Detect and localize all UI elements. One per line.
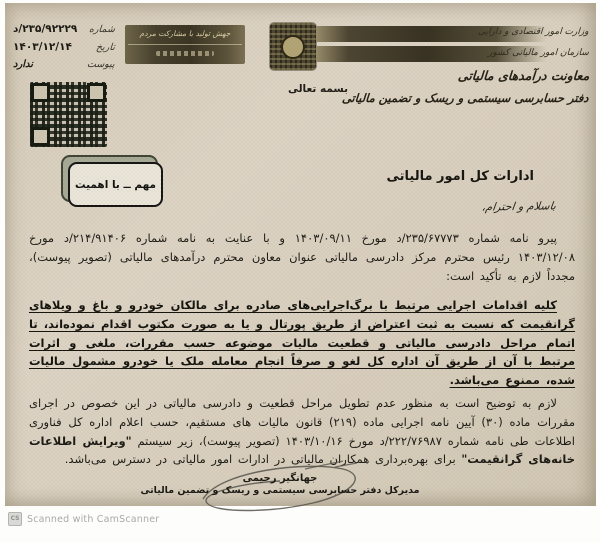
date-value: ۱۴۰۳/۱۲/۱۴ bbox=[13, 41, 72, 53]
letter-date-row: تاریخ ۱۴۰۳/۱۲/۱۴ bbox=[13, 41, 115, 59]
recipient-line: ادارات کل امور مالیاتی bbox=[386, 169, 534, 184]
camscanner-watermark: CS Scanned with CamScanner bbox=[8, 512, 159, 526]
paragraph-directive: کلیه اقدامات اجرایی مرتبط با برگ‌اجرایی‌… bbox=[29, 296, 575, 390]
emblem-center-circle bbox=[281, 35, 305, 59]
camscanner-icon: CS bbox=[8, 512, 22, 526]
letter-attachment-row: پیوست ندارد bbox=[13, 59, 115, 77]
paragraph-explanation: لازم به توضیح است به منظور عدم تطویل مرا… bbox=[29, 394, 575, 469]
organization-name: سازمان امور مالیاتی کشور bbox=[488, 48, 589, 58]
date-label: تاریخ bbox=[96, 42, 116, 53]
besmele-text: بسمه تعالی bbox=[271, 83, 365, 95]
importance-stamp: مهم ــ با اهمیت bbox=[61, 155, 165, 209]
office-name: دفتر حسابرسی سیستمی و ریسک و تضمین مالیا… bbox=[342, 91, 590, 105]
slogan-banner: جهش تولید با مشارکت مردم bbox=[125, 25, 245, 64]
camscanner-icon-label: CS bbox=[11, 516, 20, 522]
letter-paper: شماره ۲۳۵/۹۲۲۲۹/د تاریخ ۱۴۰۳/۱۲/۱۴ پیوست… bbox=[5, 3, 596, 506]
ministry-name: وزارت امور اقتصادی و دارایی bbox=[478, 27, 589, 37]
letter-number-row: شماره ۲۳۵/۹۲۲۲۹/د bbox=[13, 23, 115, 41]
signer-title: مدیرکل دفتر حسابرسی سیستمی و ریسک و تضمی… bbox=[115, 485, 445, 496]
signature-block: جهانگیر رحیمی مدیرکل دفتر حسابرسی سیستمی… bbox=[115, 473, 445, 496]
banner-smallprint bbox=[156, 51, 214, 56]
deputy-name: معاونت درآمدهای مالیاتی bbox=[457, 68, 589, 83]
stamp-label: مهم ــ با اهمیت bbox=[75, 179, 156, 191]
qr-finder-icon bbox=[87, 83, 106, 102]
attachment-label: پیوست bbox=[87, 59, 116, 70]
letter-meta-block: شماره ۲۳۵/۹۲۲۲۹/د تاریخ ۱۴۰۳/۱۲/۱۴ پیوست… bbox=[13, 23, 115, 77]
attachment-value: ندارد bbox=[13, 59, 33, 70]
qr-finder-icon bbox=[31, 83, 50, 102]
tax-organization-emblem-icon bbox=[270, 23, 316, 70]
stamp-face: مهم ــ با اهمیت bbox=[68, 162, 163, 207]
number-value: ۲۳۵/۹۲۲۲۹/د bbox=[13, 23, 77, 35]
paragraph-explanation-post: برای بهره‌برداری همکاران مالیاتی در ادار… bbox=[65, 452, 462, 466]
banner-divider bbox=[128, 44, 242, 45]
salutation-line: باسلام و احترام، bbox=[481, 199, 557, 213]
year-slogan: جهش تولید با مشارکت مردم bbox=[128, 29, 242, 38]
number-label: شماره bbox=[89, 24, 116, 35]
camscanner-text: Scanned with CamScanner bbox=[27, 514, 159, 525]
qr-code bbox=[30, 82, 107, 147]
paragraph-reference: پیرو نامه شماره ۲۳۵/۶۷۷۷۳/د مورخ ۱۴۰۳/۰۹… bbox=[29, 229, 575, 285]
qr-finder-icon bbox=[31, 127, 50, 146]
signer-name: جهانگیر رحیمی bbox=[115, 473, 445, 484]
